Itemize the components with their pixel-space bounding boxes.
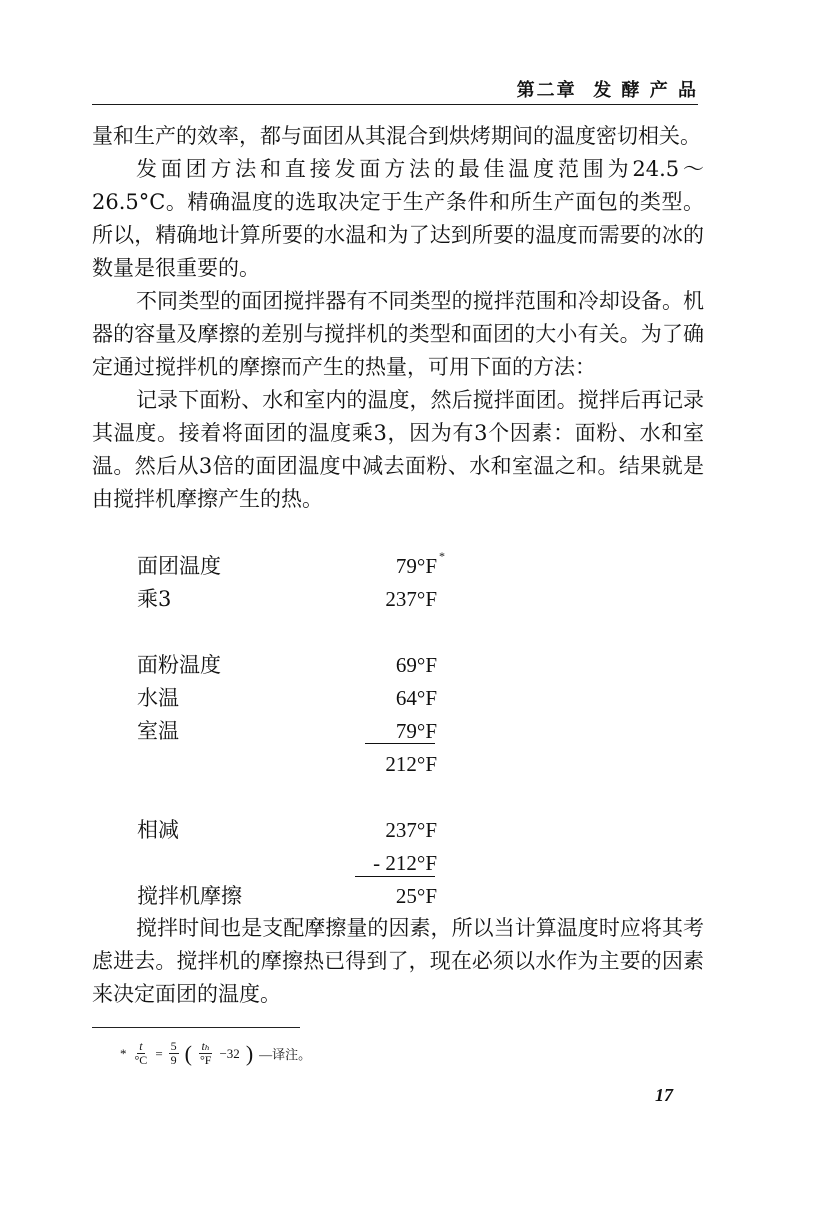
calc-row-times-three: 乘3 237°F xyxy=(137,583,437,616)
calc-value: 25°F xyxy=(396,880,437,913)
fraction-denominator: °C xyxy=(133,1054,150,1067)
book-page: 第二章 发 酵 产 品 量和生产的效率，都与面团从其混合到烘烤期间的温度密切相关… xyxy=(0,0,835,1205)
chapter-name: 发 酵 产 品 xyxy=(593,80,698,101)
calc-row-dough-temp: 面团温度 79°F* xyxy=(137,550,437,583)
running-header: 第二章 发 酵 产 品 xyxy=(92,74,698,105)
chapter-title: 第二章 发 酵 产 品 xyxy=(517,76,698,102)
calc-label: 室温 xyxy=(137,715,179,748)
paragraph-closing: 搅拌时间也是支配摩擦量的因素，所以当计算温度时应将其考虑进去。搅拌机的摩擦热已得… xyxy=(92,912,704,1011)
footnote: * t °C = 5 9 ( tₕ °F −32 ) —译注。 xyxy=(120,1040,311,1067)
minus-constant: −32 xyxy=(219,1046,239,1062)
fraction-numerator: tₕ xyxy=(199,1040,212,1054)
calc-row-flour-temp: 面粉温度 69°F xyxy=(137,649,437,682)
paragraph-continuation: 量和生产的效率，都与面团从其混合到烘烤期间的温度密切相关。 xyxy=(92,120,704,153)
fraction-fahrenheit: tₕ °F xyxy=(198,1040,213,1067)
calc-label: 水温 xyxy=(137,682,179,715)
footnote-marker: * xyxy=(439,540,445,573)
calc-value: 237°F xyxy=(385,814,437,847)
calc-value: 69°F xyxy=(396,649,437,682)
close-paren: ) xyxy=(246,1044,253,1064)
calc-row-sum: 212°F xyxy=(137,748,437,781)
fraction-celsius: t °C xyxy=(133,1040,150,1067)
calc-row-mixer-friction: 搅拌机摩擦 25°F xyxy=(137,880,437,913)
fraction-denominator: °F xyxy=(198,1054,213,1067)
fraction-coefficient: 5 9 xyxy=(169,1040,179,1067)
calc-label: 搅拌机摩擦 xyxy=(137,880,242,913)
difference-rule xyxy=(355,876,435,877)
calc-value: 79°F* xyxy=(396,550,437,583)
body-text: 量和生产的效率，都与面团从其混合到烘烤期间的温度密切相关。 发面团方法和直接发面… xyxy=(92,120,704,516)
calc-value: 237°F xyxy=(385,583,437,616)
translator-note: —译注。 xyxy=(259,1044,311,1063)
sum-rule xyxy=(365,743,435,744)
fraction-numerator: t xyxy=(137,1040,144,1054)
paragraph-mixer-types: 不同类型的面团搅拌器有不同类型的搅拌范围和冷却设备。机器的容量及摩擦的差别与搅拌… xyxy=(92,285,704,384)
chapter-number: 第二章 xyxy=(517,80,577,101)
calc-row-subtract: 相减 237°F xyxy=(137,814,437,847)
paragraph-method: 记录下面粉、水和室内的温度，然后搅拌面团。搅拌后再记录其温度。接着将面团的温度乘… xyxy=(92,384,704,516)
open-paren: ( xyxy=(185,1044,192,1064)
calc-value: 212°F xyxy=(385,748,437,781)
calc-label: 面粉温度 xyxy=(137,649,221,682)
calc-value-text: 79°F xyxy=(396,554,437,578)
footnote-marker: * xyxy=(120,1046,127,1062)
calc-value: 64°F xyxy=(396,682,437,715)
closing-text: 搅拌时间也是支配摩擦量的因素，所以当计算温度时应将其考虑进去。搅拌机的摩擦热已得… xyxy=(92,912,704,1011)
footnote-divider xyxy=(92,1027,300,1028)
calc-label: 面团温度 xyxy=(137,550,221,583)
calc-label: 乘3 xyxy=(137,583,171,616)
fraction-numerator: 5 xyxy=(169,1040,179,1054)
paragraph-temperature-range: 发面团方法和直接发面方法的最佳温度范围为24.5～26.5°C。精确温度的选取决… xyxy=(92,153,704,285)
equals-sign: = xyxy=(155,1046,162,1062)
fraction-denominator: 9 xyxy=(169,1054,179,1067)
calc-label: 相减 xyxy=(137,814,179,847)
calc-row-water-temp: 水温 64°F xyxy=(137,682,437,715)
page-number: 17 xyxy=(655,1085,673,1106)
